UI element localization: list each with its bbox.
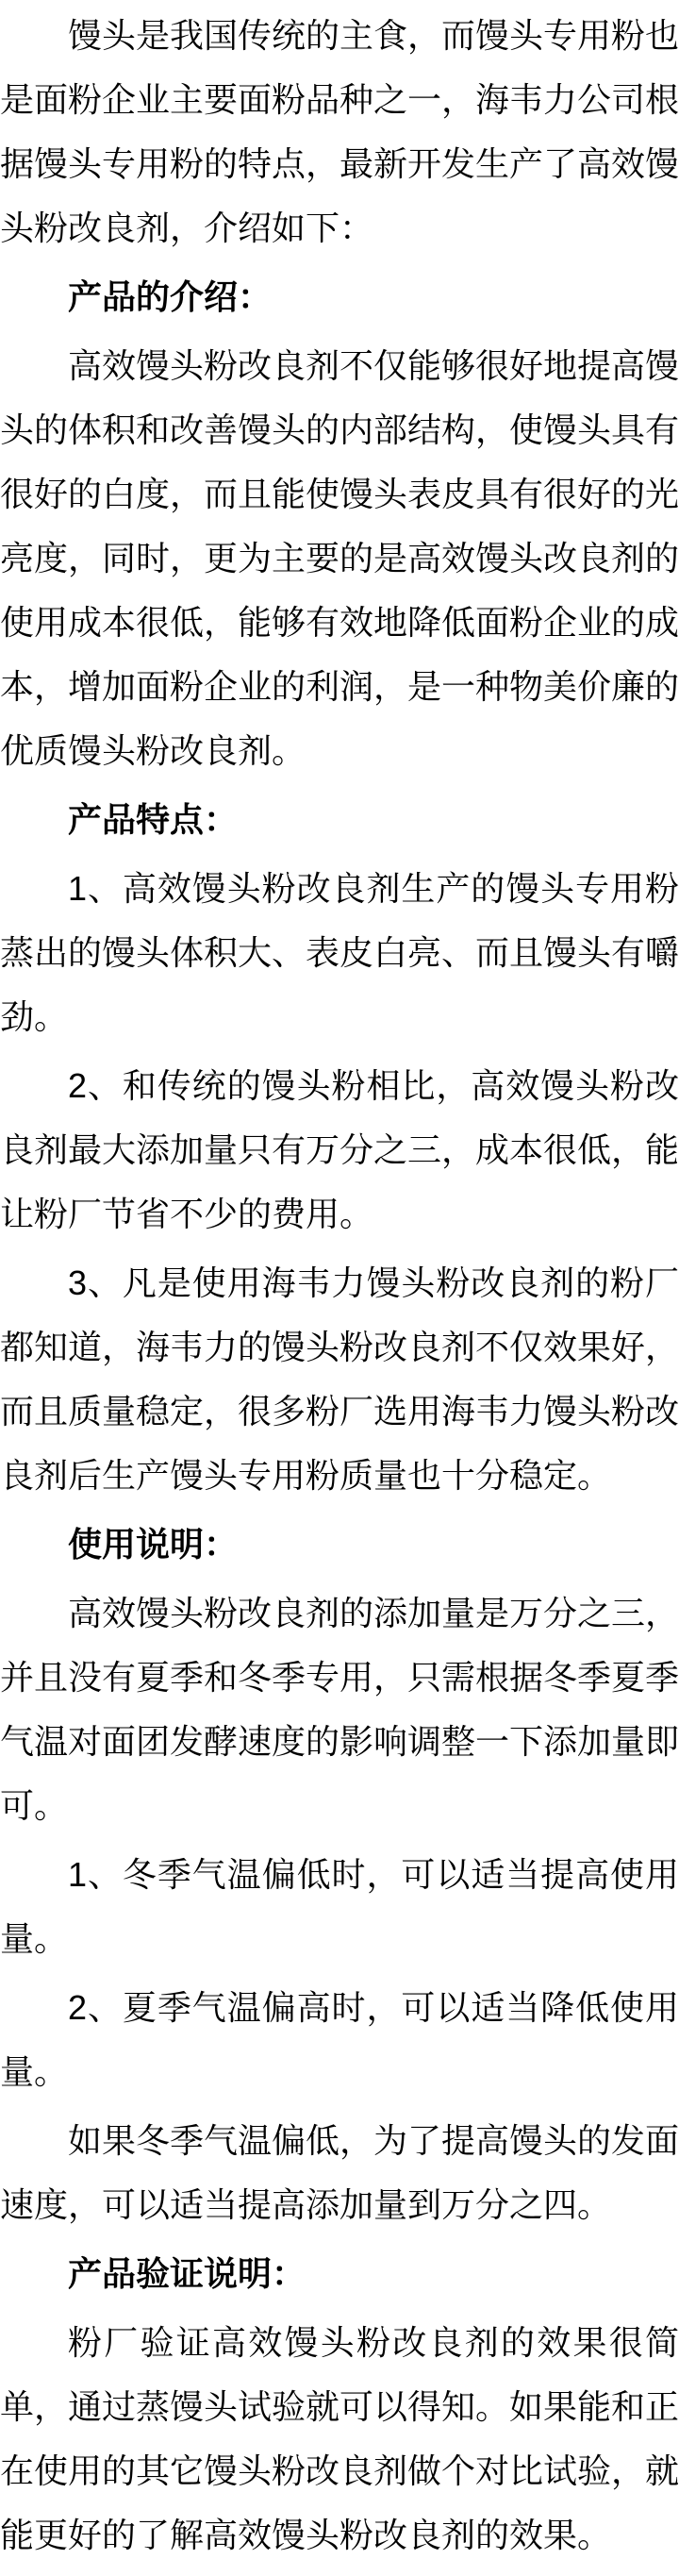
paragraph: 2、和传统的馒头粉相比，高效馒头粉改良剂最大添加量只有万分之三，成本很低，能让粉… bbox=[0, 1054, 679, 1246]
section-heading-product-verification: 产品验证说明： bbox=[0, 2242, 679, 2306]
paragraph: 1、高效馒头粉改良剂生产的馒头专用粉蒸出的馒头体积大、表皮白亮、而且馒头有嚼劲。 bbox=[0, 857, 679, 1049]
section-heading-usage-instructions: 使用说明： bbox=[0, 1513, 679, 1577]
section-heading-product-features: 产品特点： bbox=[0, 788, 679, 852]
intro-paragraph: 馒头是我国传统的主食，而馒头专用粉也是面粉企业主要面粉品种之一，海韦力公司根据馒… bbox=[0, 4, 679, 260]
section-heading-product-intro: 产品的介绍： bbox=[0, 265, 679, 329]
paragraph: 粉厂验证高效馒头粉改良剂的效果很简单，通过蒸馒头试验就可以得知。如果能和正在使用… bbox=[0, 2311, 679, 2568]
paragraph: 3、凡是使用海韦力馒头粉改良剂的粉厂都知道，海韦力的馒头粉改良剂不仅效果好，而且… bbox=[0, 1251, 679, 1508]
product-article: 馒头是我国传统的主食，而馒头专用粉也是面粉企业主要面粉品种之一，海韦力公司根据馒… bbox=[0, 0, 679, 2576]
paragraph: 2、夏季气温偏高时，可以适当降低使用量。 bbox=[0, 1976, 679, 2104]
paragraph: 高效馒头粉改良剂的添加量是万分之三，并且没有夏季和冬季专用，只需根据冬季夏季气温… bbox=[0, 1581, 679, 1838]
paragraph: 如果冬季气温偏低，为了提高馒头的发面速度，可以适当提高添加量到万分之四。 bbox=[0, 2109, 679, 2237]
paragraph: 1、冬季气温偏低时，可以适当提高使用量。 bbox=[0, 1843, 679, 1971]
paragraph: 高效馒头粉改良剂不仅能够很好地提高馒头的体积和改善馒头的内部结构，使馒头具有很好… bbox=[0, 334, 679, 783]
